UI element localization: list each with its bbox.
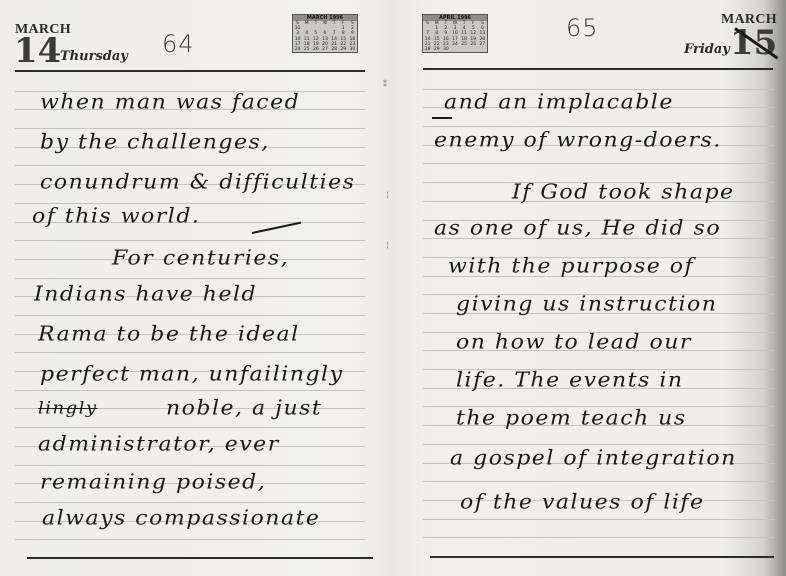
calendar-day: 25	[302, 47, 311, 52]
left-page: MARCH 14 Thursday 64 MARCH 1996 SMTWTFS …	[0, 0, 392, 576]
handwritten-line: a gospel of integration	[450, 447, 737, 471]
ruled-line	[15, 315, 365, 316]
handwritten-line: the poem teach us	[456, 407, 687, 431]
right-weekday: Friday	[684, 42, 730, 57]
calendar-day: 28	[423, 47, 432, 52]
handwritten-line: Rama to be the ideal	[38, 323, 300, 347]
handwritten-line: of the values of life	[460, 491, 705, 515]
calendar-day	[478, 47, 487, 52]
handwritten-line: life. The events in	[456, 369, 684, 393]
handwritten-line: perfect man, unfailingly	[40, 363, 344, 387]
ruled-line	[15, 390, 365, 391]
calendar-day: 30	[441, 47, 450, 52]
mini-calendar-grid: SMTWTFS 12345678910111213141516171819202…	[423, 21, 487, 52]
struck-through-word: lingly	[38, 399, 98, 419]
calendar-day: 30	[348, 47, 357, 52]
mini-calendar-april: APRIL 1996 SMTWTFS 123456789101112131415…	[422, 14, 488, 53]
calendar-day: 27	[320, 47, 329, 52]
handwritten-line: giving us instruction	[456, 293, 717, 317]
calendar-day: 29	[339, 47, 348, 52]
mini-calendar-march: MARCH 1996 SMTWTFS 311234567891011121314…	[292, 14, 358, 53]
calendar-day: 29	[432, 47, 441, 52]
binding-mark: ¦	[386, 240, 389, 249]
right-footer-rule	[430, 556, 774, 558]
ruled-line	[423, 126, 775, 127]
left-footer-rule	[27, 557, 373, 559]
handwritten-line: always compassionate	[42, 507, 320, 531]
ruled-line	[15, 240, 365, 241]
ruled-line	[423, 519, 775, 520]
left-handwritten-page-number: 64	[162, 30, 195, 58]
calendar-week: 282930	[423, 47, 487, 52]
binding-mark: ¦	[386, 190, 389, 199]
ruled-line	[15, 352, 365, 353]
handwritten-line: noble, a just	[166, 397, 322, 421]
handwritten-line: on how to lead our	[456, 331, 692, 355]
ruled-line	[423, 444, 775, 445]
ruled-line	[15, 427, 365, 428]
ruled-line	[15, 278, 365, 279]
calendar-day	[450, 47, 459, 52]
diary-spread: MARCH 14 Thursday 64 MARCH 1996 SMTWTFS …	[0, 0, 786, 576]
handwritten-line: of this world.	[32, 205, 200, 229]
handwritten-line: administrator, ever	[38, 433, 280, 457]
ruled-line	[423, 537, 775, 538]
calendar-day	[460, 47, 469, 52]
calendar-day	[469, 47, 478, 52]
calendar-day: 28	[330, 47, 339, 52]
ruled-line	[423, 163, 775, 164]
ruled-line	[15, 502, 365, 503]
handwritten-line: Indians have held	[34, 283, 257, 307]
handwritten-line: conundrum & difficulties	[40, 171, 355, 195]
ruled-line	[15, 165, 365, 166]
calendar-weeks: 3112345678910111213141516171819202122232…	[293, 26, 357, 52]
pen-flourish	[432, 117, 452, 119]
handwritten-line: If God took shape	[512, 181, 735, 205]
handwritten-line: For centuries,	[112, 247, 289, 271]
handwritten-line: remaining poised,	[40, 471, 266, 495]
handwritten-line: as one of us, He did so	[434, 217, 721, 241]
mini-calendar-grid: SMTWTFS 31123456789101112131415161718192…	[293, 21, 357, 52]
handwritten-line: with the purpose of	[448, 255, 694, 279]
binding-mark: ⁑	[383, 80, 387, 89]
calendar-weeks: 1234567891011121314151617181920212223242…	[423, 26, 487, 52]
ruled-line	[15, 465, 365, 466]
handwritten-line: by the challenges,	[40, 131, 270, 155]
ruled-line	[15, 539, 365, 540]
handwritten-line: and an implacable	[444, 91, 674, 115]
handwritten-line: when man was faced	[40, 91, 300, 115]
left-day-number: 14	[14, 34, 61, 68]
calendar-day: 26	[311, 47, 320, 52]
ruled-line	[423, 481, 775, 482]
handwritten-line: enemy of wrong-doers.	[434, 129, 722, 153]
calendar-week: 24252627282930	[293, 47, 357, 52]
right-handwritten-page-number: 65	[566, 14, 599, 42]
right-page: APRIL 1996 SMTWTFS 123456789101112131415…	[400, 0, 786, 576]
ruled-line	[15, 128, 365, 129]
left-weekday: Thursday	[60, 49, 128, 64]
calendar-day: 24	[293, 47, 302, 52]
